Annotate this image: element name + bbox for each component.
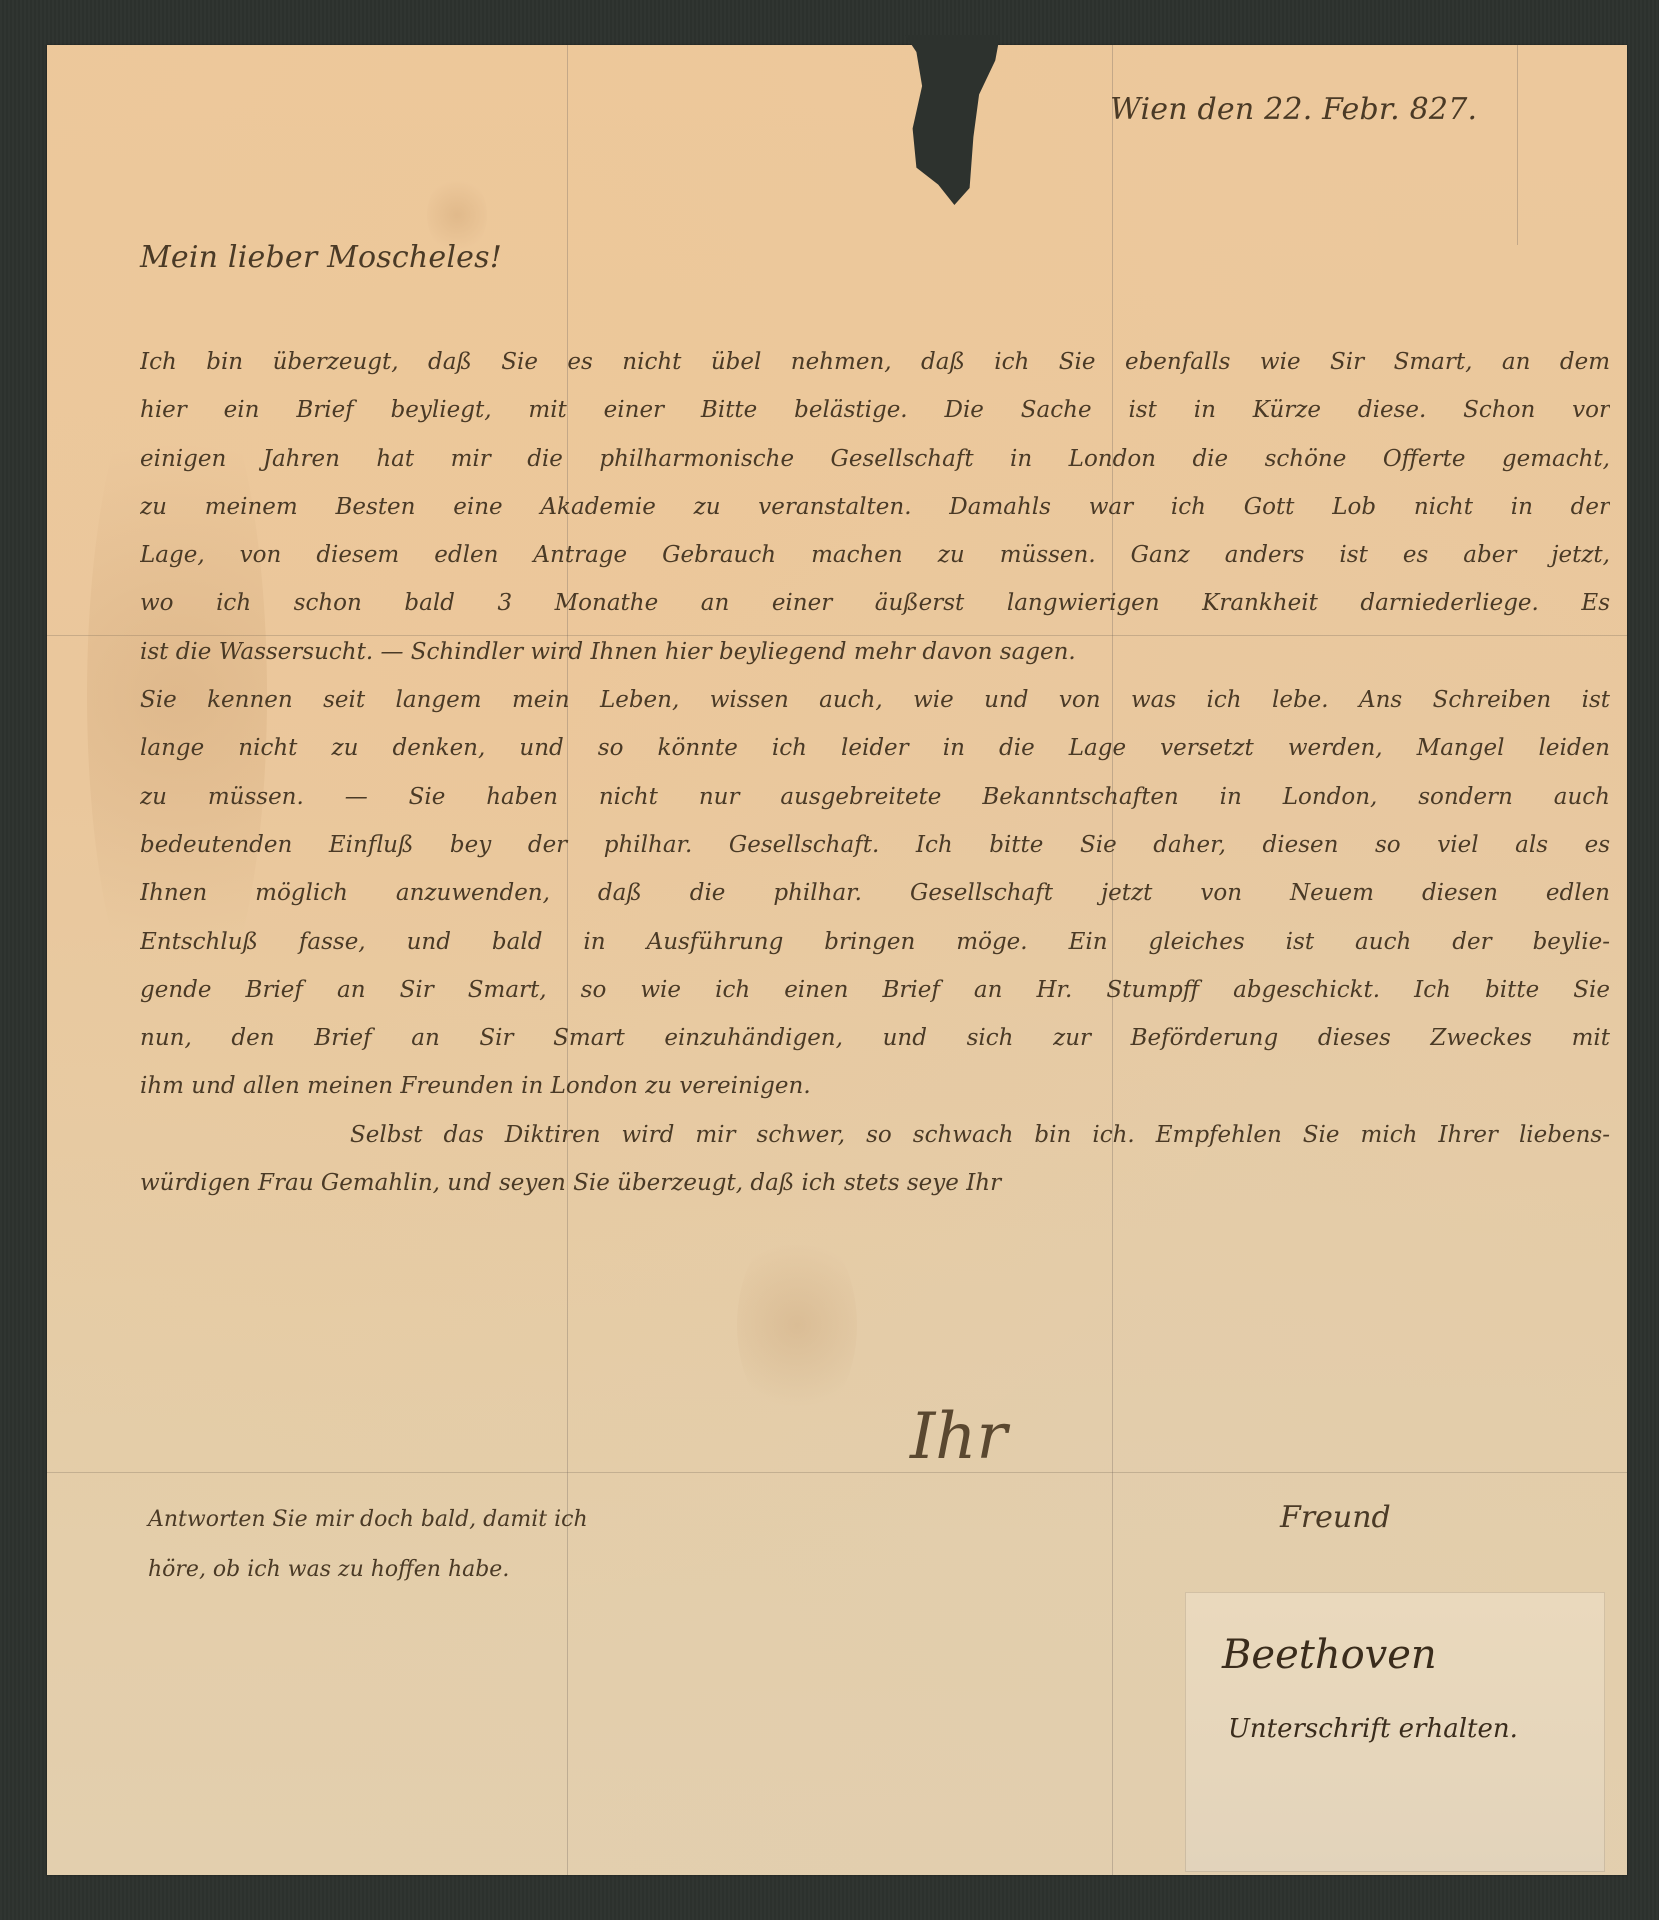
closing-freund: Freund bbox=[1280, 1500, 1391, 1535]
body-line: Sie kennen seit langem mein Leben, wisse… bbox=[140, 676, 1610, 724]
signature-note: Unterschrift erhalten. bbox=[1228, 1714, 1518, 1744]
closing-ihr: Ihr bbox=[910, 1400, 1007, 1474]
postscript-line: höre, ob ich was zu hoffen habe. bbox=[148, 1545, 588, 1595]
body-line: ist die Wassersucht. — Schindler wird Ih… bbox=[140, 628, 1610, 676]
dateline: Wien den 22. Febr. 827. bbox=[1110, 92, 1477, 127]
fold-line-vertical bbox=[1517, 45, 1518, 245]
water-stain bbox=[737, 1225, 857, 1425]
body-line: ihm und allen meinen Freunden in London … bbox=[140, 1062, 1610, 1110]
body-line: nun, den Brief an Sir Smart einzuhändige… bbox=[140, 1014, 1610, 1062]
body-line: zu meinem Besten eine Akademie zu verans… bbox=[140, 483, 1610, 531]
body-line: einigen Jahren hat mir die philharmonisc… bbox=[140, 435, 1610, 483]
postscript: Antworten Sie mir doch bald, damit ich h… bbox=[148, 1495, 588, 1595]
body-line: bedeutenden Einfluß bey der philhar. Ges… bbox=[140, 821, 1610, 869]
body-line: Entschluß fasse, und bald in Ausführung … bbox=[140, 918, 1610, 966]
salutation: Mein lieber Moscheles! bbox=[140, 240, 502, 275]
body-line: Lage, von diesem edlen Antrage Gebrauch … bbox=[140, 531, 1610, 579]
body-line: würdigen Frau Gemahlin, und seyen Sie üb… bbox=[140, 1159, 1610, 1207]
body-line: lange nicht zu denken, und so könnte ich… bbox=[140, 724, 1610, 772]
body-line: hier ein Brief beyliegt, mit einer Bitte… bbox=[140, 386, 1610, 434]
fold-line-horizontal bbox=[47, 1472, 1627, 1473]
postscript-line: Antworten Sie mir doch bald, damit ich bbox=[148, 1495, 588, 1545]
body-line: Ich bin überzeugt, daß Sie es nicht übel… bbox=[140, 338, 1610, 386]
body-line: gende Brief an Sir Smart, so wie ich ein… bbox=[140, 966, 1610, 1014]
body-line: Selbst das Diktiren wird mir schwer, so … bbox=[140, 1111, 1610, 1159]
letter-body: Ich bin überzeugt, daß Sie es nicht übel… bbox=[140, 338, 1610, 1207]
body-line: wo ich schon bald 3 Monathe an einer äuß… bbox=[140, 579, 1610, 627]
body-line: zu müssen. — Sie haben nicht nur ausgebr… bbox=[140, 773, 1610, 821]
body-line: Ihnen möglich anzuwenden, daß die philha… bbox=[140, 869, 1610, 917]
signature: Beethoven bbox=[1222, 1632, 1437, 1678]
